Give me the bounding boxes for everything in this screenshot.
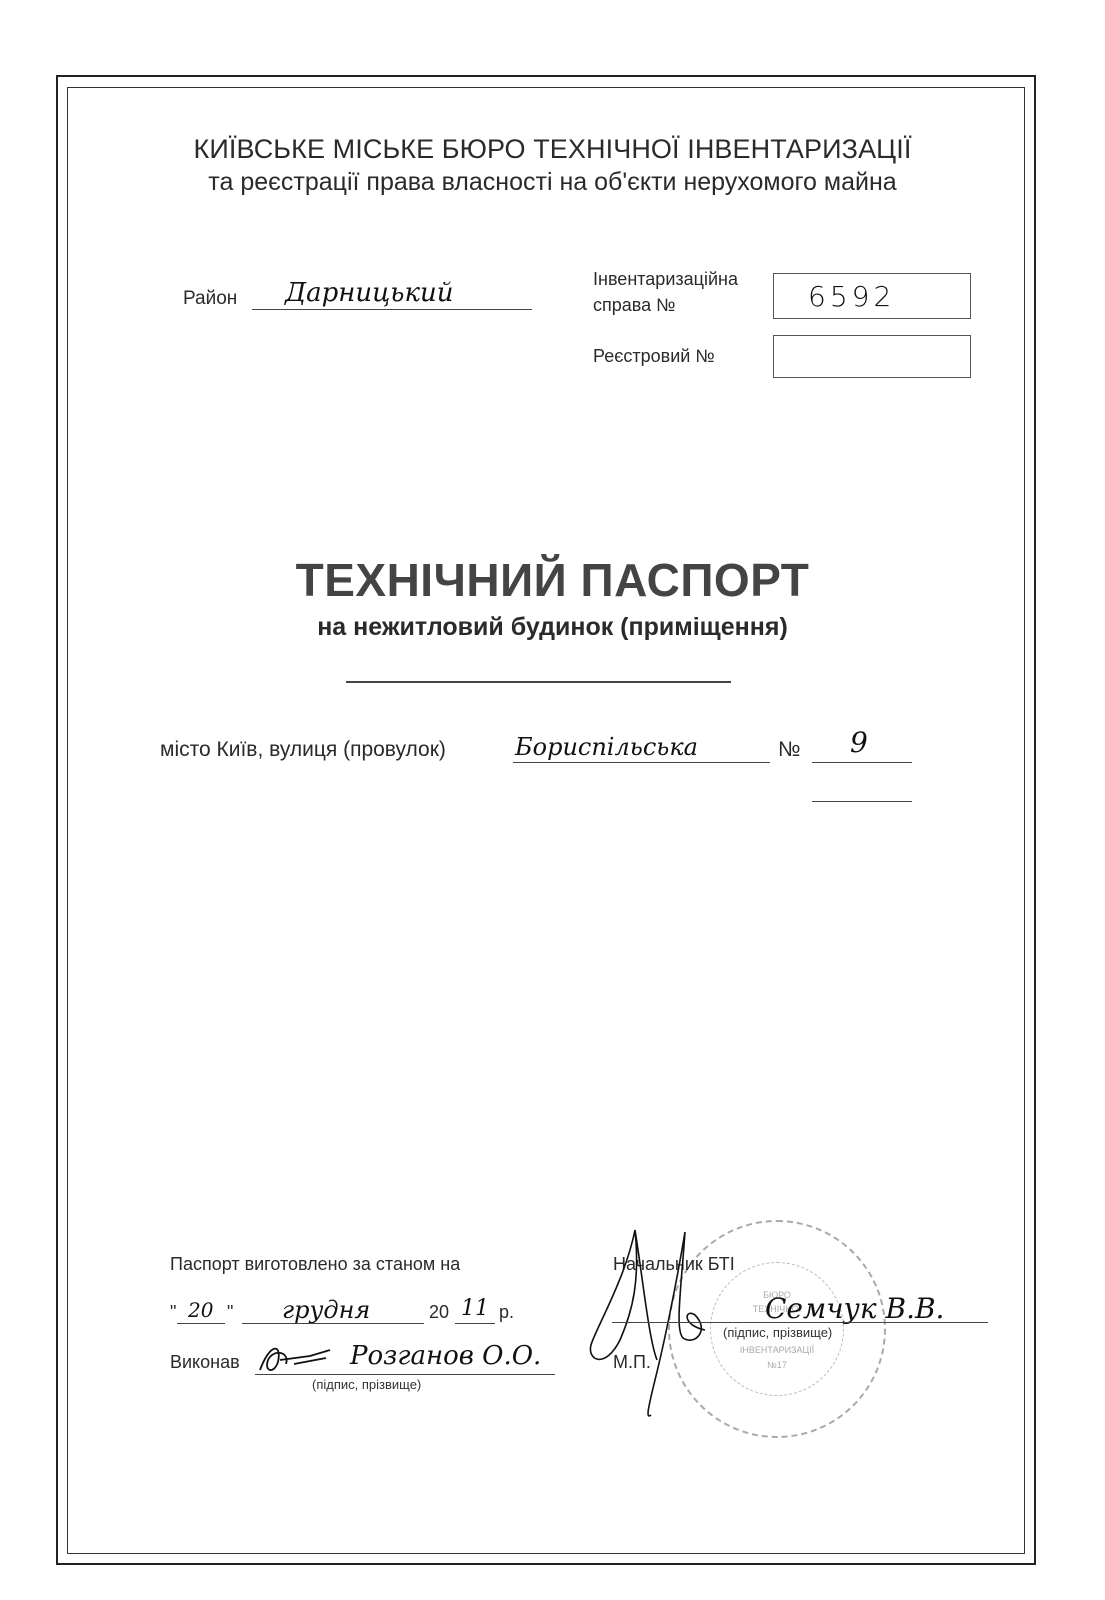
number-label: № bbox=[778, 738, 801, 762]
director-name[interactable]: Семчук В.В. bbox=[765, 1292, 944, 1325]
bureau-subtitle: та реєстрації права власності на об'єкти… bbox=[0, 168, 1105, 197]
document-title: ТЕХНІЧНИЙ ПАСПОРТ bbox=[0, 553, 1105, 607]
date-month-underline bbox=[242, 1323, 424, 1324]
stamp-text-3: ІНВЕНТАРИЗАЦІЇ bbox=[727, 1345, 827, 1355]
registry-field[interactable] bbox=[773, 335, 971, 378]
bureau-name: КИЇВСЬКЕ МІСЬКЕ БЮРО ТЕХНІЧНОЇ ІНВЕНТАРИ… bbox=[0, 134, 1105, 165]
title-divider bbox=[346, 681, 731, 683]
executor-label: Виконав bbox=[170, 1352, 240, 1373]
date-month-value[interactable]: грудня bbox=[282, 1296, 370, 1324]
executor-caption: (підпис, прізвище) bbox=[312, 1377, 421, 1392]
executor-name[interactable]: Розганов О.О. bbox=[350, 1341, 541, 1371]
director-underline bbox=[612, 1322, 988, 1323]
inventory-label-line1: Інвентаризаційна bbox=[593, 269, 738, 290]
date-year-prefix: 20 bbox=[429, 1302, 449, 1323]
date-quote-open: " bbox=[170, 1302, 176, 1323]
inventory-case-field[interactable]: 6592 bbox=[773, 273, 971, 319]
date-year-unit: р. bbox=[499, 1302, 514, 1323]
number-extra-underline bbox=[812, 801, 912, 802]
date-year-value[interactable]: 11 bbox=[461, 1296, 489, 1321]
executor-underline bbox=[255, 1374, 555, 1375]
director-signature-icon bbox=[585, 1220, 735, 1420]
building-number-value[interactable]: 9 bbox=[850, 726, 868, 759]
registry-label: Реєстровий № bbox=[593, 346, 715, 367]
document-subtitle: на нежитловий будинок (приміщення) bbox=[0, 613, 1105, 642]
passport-date-label: Паспорт виготовлено за станом на bbox=[170, 1254, 460, 1275]
seal-label: М.П. bbox=[613, 1352, 651, 1373]
date-day-value[interactable]: 20 bbox=[188, 1298, 213, 1322]
number-underline bbox=[812, 762, 912, 763]
street-value[interactable]: Бориспільська bbox=[515, 733, 698, 761]
address-prefix: місто Київ, вулиця (провулок) bbox=[160, 738, 446, 762]
district-underline bbox=[252, 309, 532, 310]
inventory-label-line2: справа № bbox=[593, 295, 675, 316]
date-year-underline bbox=[455, 1323, 495, 1324]
date-day-underline bbox=[177, 1323, 225, 1324]
director-caption: (підпис, прізвище) bbox=[723, 1325, 832, 1340]
district-value[interactable]: Дарницький bbox=[285, 278, 453, 308]
date-quote-close: " bbox=[227, 1302, 233, 1323]
district-label: Район bbox=[183, 288, 237, 310]
street-underline bbox=[513, 762, 770, 763]
executor-signature-icon bbox=[250, 1338, 340, 1378]
stamp-text-4: №17 bbox=[727, 1360, 827, 1370]
inventory-case-value: 6592 bbox=[808, 280, 895, 313]
